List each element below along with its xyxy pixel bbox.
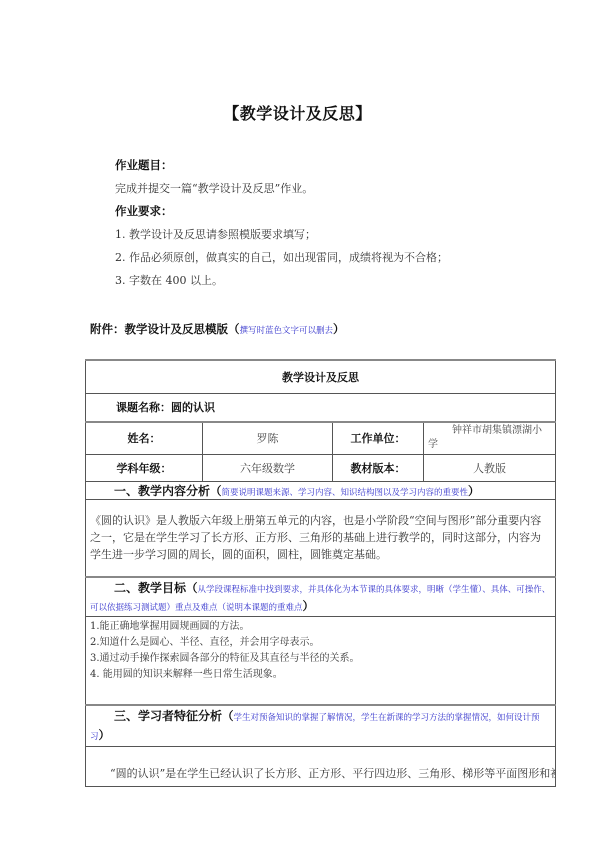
requirement-item: 3. 字数在 400 以上。	[115, 272, 223, 288]
section-3-content: “圆的认识”是在学生已经认识了长方形、正方形、平行四边形、三角形、梯形等平面图形…	[86, 746, 556, 786]
requirement-item: 1. 教学设计及反思请参照模版要求填写；	[115, 226, 316, 242]
subject-grade-label: 学科年级：	[86, 454, 203, 481]
section-3-heading: 三、学习者特征分析	[114, 709, 222, 723]
objective-item: 3.通过动手操作探索圆各部分的特征及其直径与半径的关系。	[90, 651, 551, 667]
course-name: 课题名称：圆的认识	[86, 393, 556, 422]
attachment-line: 附件：教学设计及反思模版（撰写时蓝色文字可以删去）	[90, 318, 345, 337]
section-2-heading: 二、教学目标	[114, 581, 186, 595]
objective-item: 2.知道什么是圆心、半径、直径，并会用字母表示。	[90, 635, 551, 651]
section-2-content: 1.能正确地掌握用圆规画圆的方法。 2.知道什么是圆心、半径、直径，并会用字母表…	[86, 617, 556, 705]
template-table: 教学设计及反思 课题名称：圆的认识 姓名： 罗陈 工作单位： 钟祥市胡集镇漂湖小…	[85, 359, 556, 787]
requirements-label: 作业要求：	[115, 203, 173, 219]
attachment-note: 撰写时蓝色文字可以删去	[240, 326, 334, 336]
section-1-hint: 简要说明课题来源、学习内容、知识结构图以及学习内容的重要性	[222, 488, 469, 498]
textbook-value: 人教版	[424, 454, 556, 481]
section-2-heading-row: 二、教学目标（从学段课程标准中找到要求，并具体化为本节课的具体要求，明晰（学生懂…	[86, 577, 556, 617]
paren-open: （	[228, 322, 240, 336]
name-value: 罗陈	[203, 422, 333, 454]
section-1-heading-row: 一、教学内容分析（简要说明课题来源、学习内容、知识结构图以及学习内容的重要性）	[86, 481, 556, 499]
requirement-item: 2. 作品必须原创，做真实的自己，如出现雷同，成绩将视为不合格；	[115, 249, 448, 265]
name-label: 姓名：	[86, 422, 203, 454]
paren-close: ）	[333, 322, 345, 336]
assignment-topic-text: 完成并提交一篇“教学设计及反思”作业。	[115, 180, 313, 196]
section-1-content: 《圆的认识》是人教版六年级上册第五单元的内容，也是小学阶段“空间与图形”部分重要…	[86, 499, 556, 577]
objective-item: 1.能正确地掌握用圆规画圆的方法。	[90, 619, 551, 635]
textbook-label: 教材版本：	[333, 454, 424, 481]
attachment-label: 附件：教学设计及反思模版	[90, 322, 228, 336]
work-unit-value: 钟祥市胡集镇漂湖小学	[424, 422, 556, 454]
objective-item: 4. 能用圆的知识来解释一些日常生活现象。	[90, 667, 551, 683]
work-unit-label: 工作单位：	[333, 422, 424, 454]
table-header: 教学设计及反思	[86, 360, 556, 393]
section-3-heading-row: 三、学习者特征分析（学生对预备知识的掌握了解情况，学生在新课的学习方法的掌握情况…	[86, 705, 556, 747]
section-1-heading: 一、教学内容分析	[114, 484, 210, 498]
document-title: 【教学设计及反思】	[0, 101, 595, 124]
subject-grade-value: 六年级数学	[203, 454, 333, 481]
assignment-topic-label: 作业题目：	[115, 157, 173, 173]
